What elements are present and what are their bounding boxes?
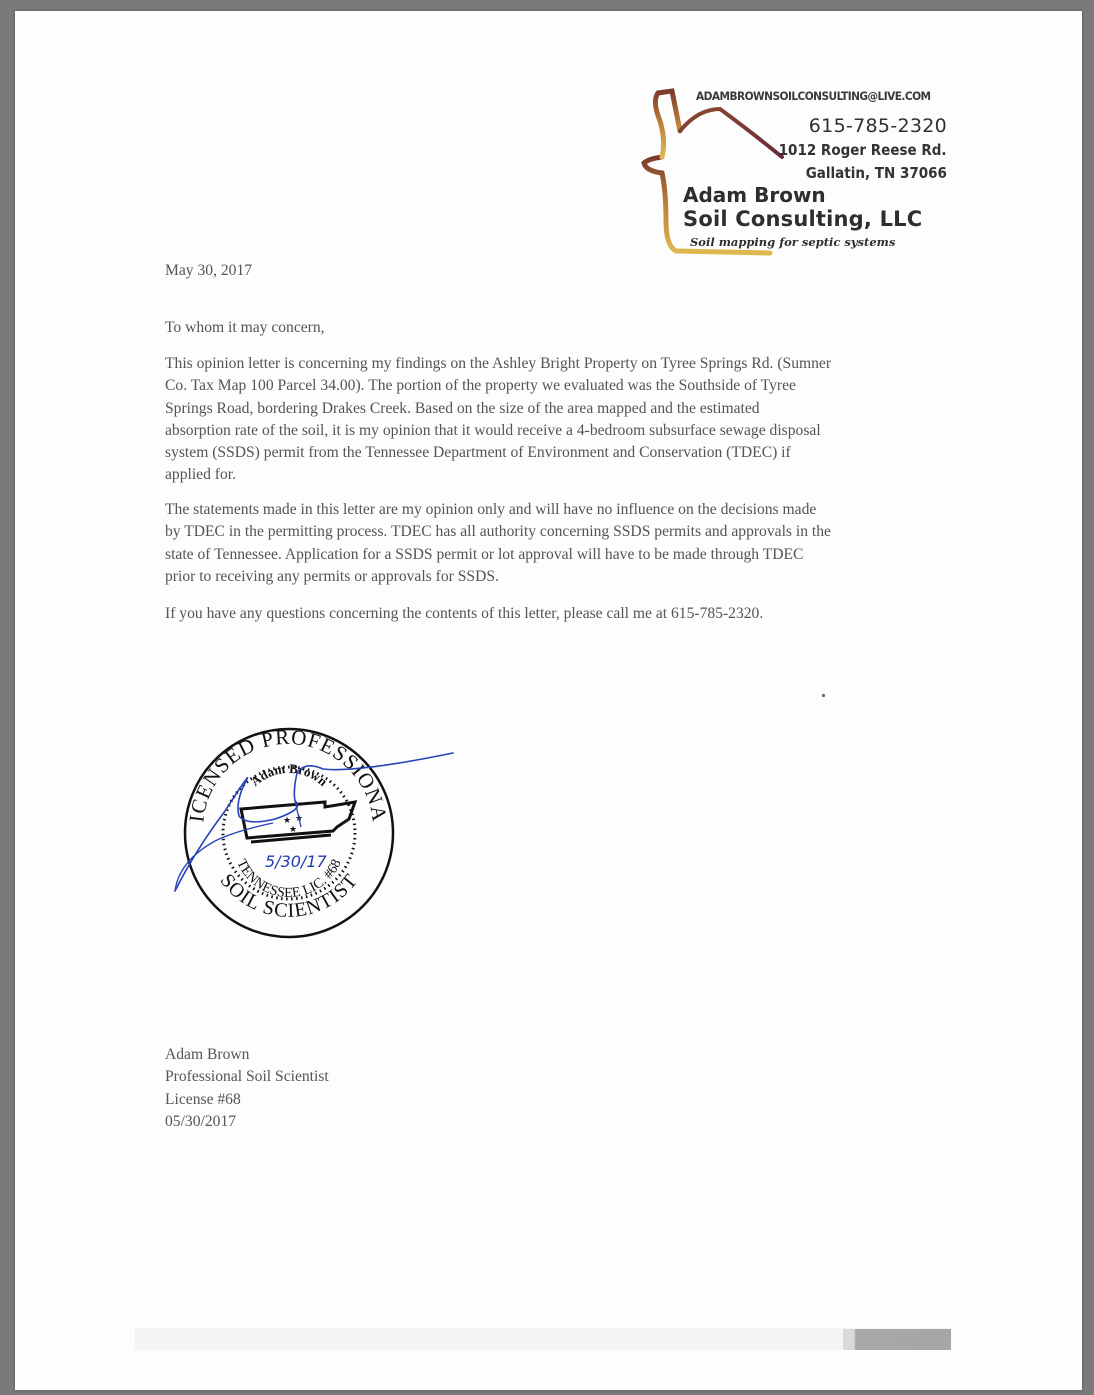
paragraph-disclaimer: The statements made in this letter are m… [165, 499, 965, 588]
company-phone: 615-785-2320 [809, 115, 947, 137]
handwritten-date: 5/30/17 [265, 852, 328, 871]
footer-bar [135, 1328, 950, 1350]
paragraph-line: This opinion letter is concerning my fin… [165, 353, 965, 375]
paragraph-line: system (SSDS) permit from the Tennessee … [165, 442, 965, 464]
paragraph-line: by TDEC in the permitting process. TDEC … [165, 521, 965, 543]
company-email: ADAMBROWNSOILCONSULTING@LIVE.COM [696, 89, 931, 103]
stamp-inner-name: Adam Brown [248, 761, 331, 790]
footer-redaction-box [843, 1329, 951, 1350]
paragraph-line: state of Tennessee. Application for a SS… [165, 544, 965, 566]
company-name-line2: Soil Consulting, LLC [683, 207, 922, 231]
company-city: Gallatin, TN 37066 [806, 164, 947, 182]
letter-date: May 30, 2017 [165, 260, 965, 282]
signer-title: Professional Soil Scientist [165, 1066, 965, 1088]
company-name-line1: Adam Brown [683, 183, 826, 207]
paragraph-findings: This opinion letter is concerning my fin… [165, 353, 965, 487]
salutation: To whom it may concern, [165, 317, 965, 339]
paragraph-line: Co. Tax Map 100 Parcel 34.00). The porti… [165, 375, 965, 397]
license-stamp: LICENSED PROFESSIONAL Adam Brown TENNESS… [155, 701, 465, 961]
company-street: 1012 Roger Reese Rd. [779, 141, 947, 159]
letterhead: ADAMBROWNSOILCONSULTING@LIVE.COM 615-785… [620, 71, 960, 261]
scan-speck [822, 694, 825, 697]
paragraph-line: prior to receiving any permits or approv… [165, 566, 965, 588]
svg-text:Adam Brown: Adam Brown [248, 761, 331, 790]
signature-date: 05/30/2017 [165, 1111, 965, 1133]
signer-license: License #68 [165, 1089, 965, 1111]
paragraph-line: absorption rate of the soil, it is my op… [165, 420, 965, 442]
letter-page: ADAMBROWNSOILCONSULTING@LIVE.COM 615-785… [15, 11, 1082, 1390]
paragraph-contact: If you have any questions concerning the… [165, 603, 965, 625]
paragraph-line: applied for. [165, 464, 965, 486]
signer-name: Adam Brown [165, 1044, 965, 1066]
paragraph-line: Springs Road, bordering Drakes Creek. Ba… [165, 398, 965, 420]
signature-block: Adam Brown Professional Soil Scientist L… [165, 1044, 965, 1134]
paragraph-line: The statements made in this letter are m… [165, 499, 965, 521]
company-tagline: Soil mapping for septic systems [690, 235, 895, 249]
svg-text:★: ★ [289, 824, 297, 834]
